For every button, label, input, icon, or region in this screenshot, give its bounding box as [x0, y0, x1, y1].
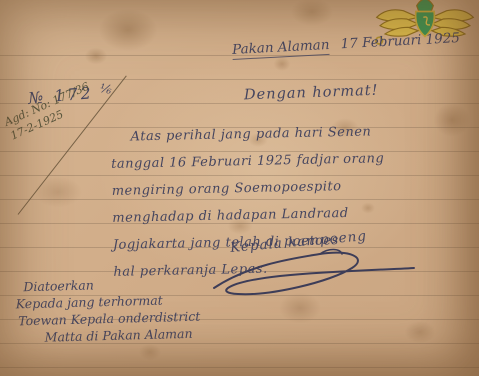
letter-scan: № 172 ⅙ Agd: No: 177/36 17-2-1925 Pakan …	[0, 0, 479, 376]
body-line: tanggal 16 Februari 1925 fadjar orang	[111, 145, 385, 178]
address-block: Diatoerkan Kepada jang terhormat Toewan …	[15, 274, 201, 347]
body-line: menghadap di hadapan Landraad	[112, 199, 386, 232]
signature	[200, 244, 430, 306]
